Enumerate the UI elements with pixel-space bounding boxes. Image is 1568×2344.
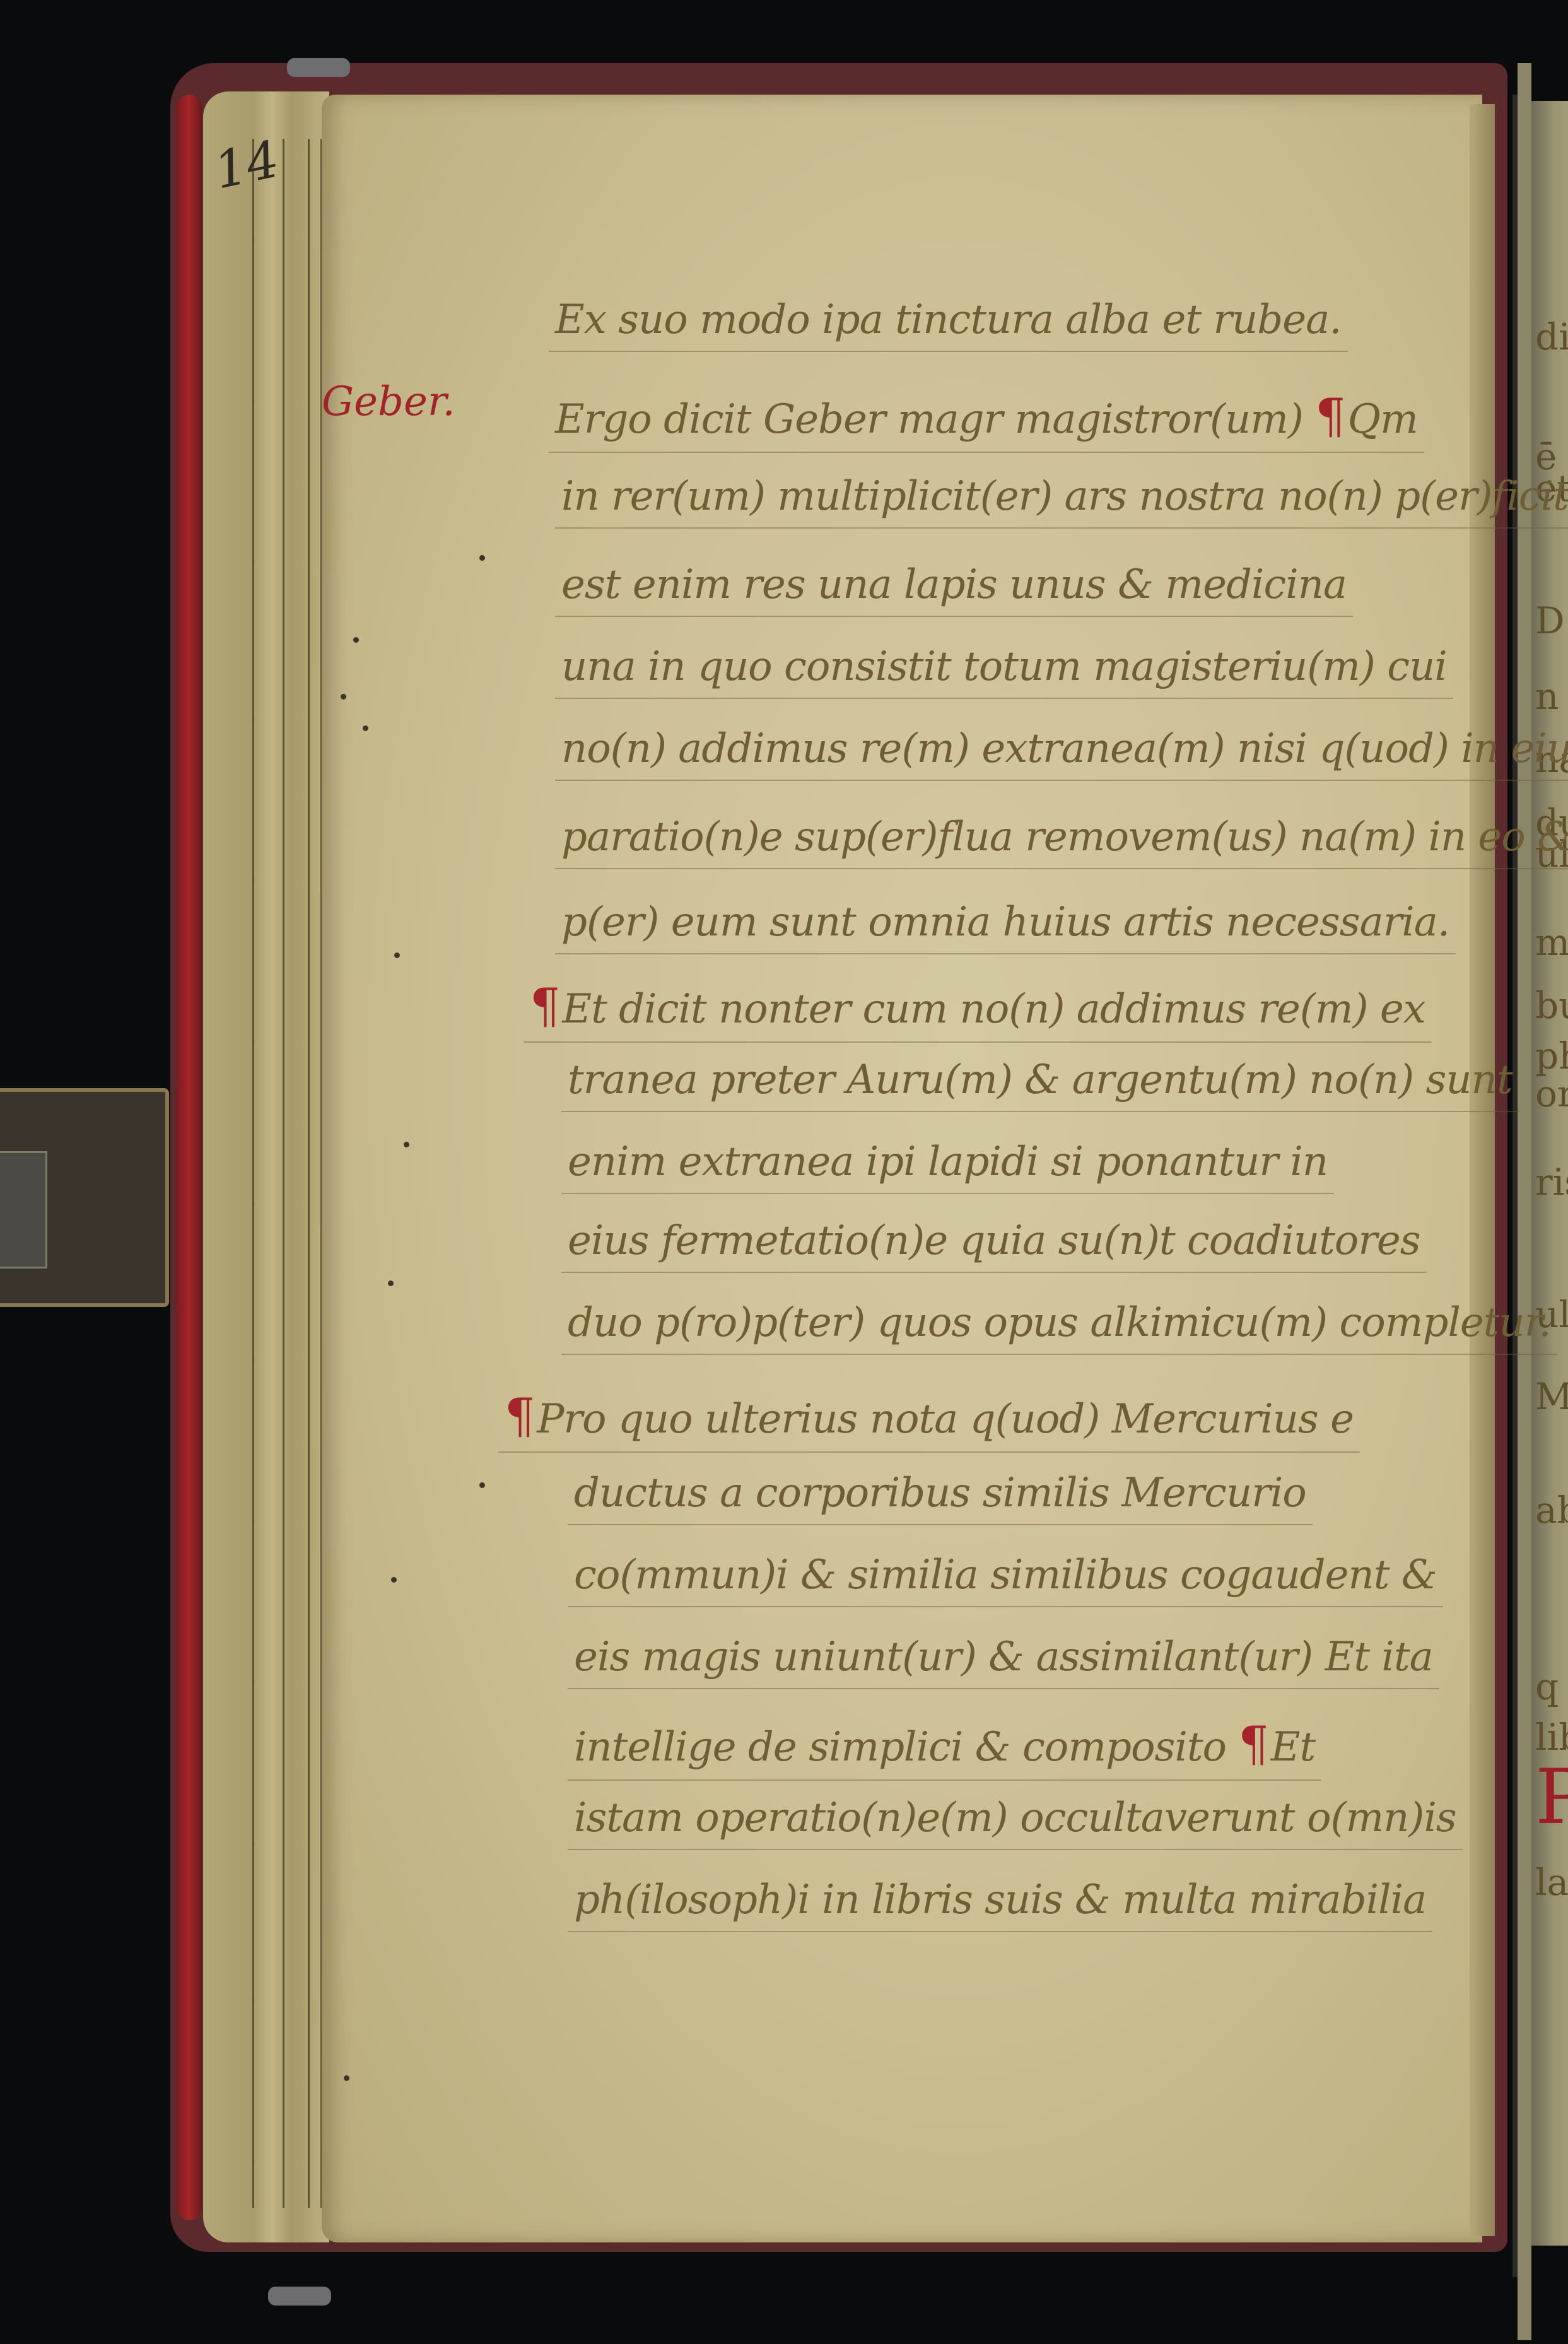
ink-speck xyxy=(391,1577,397,1583)
page-fore-edge xyxy=(1470,104,1495,2236)
line-text: Ex suo modo ipa tinctura alba et rubea. xyxy=(555,296,1342,343)
text-line: istam operatio(n)e(m) occultaverunt o(mn… xyxy=(574,1795,1456,1841)
clasp-metal-fitting xyxy=(0,1151,47,1269)
line-text: eius fermetatio(n)e quia su(n)t coadiuto… xyxy=(568,1217,1420,1264)
text-line: enim extranea ipi lapidi si ponantur in xyxy=(568,1139,1328,1185)
line-text: enim extranea ipi lapidi si ponantur in xyxy=(568,1139,1328,1185)
ink-speck xyxy=(344,2075,349,2081)
pilcrow-icon: ¶ xyxy=(1238,1716,1268,1772)
margin-rubric-geber: Geber. xyxy=(322,378,455,425)
line-text: ductus a corporibus similis Mercurio xyxy=(574,1470,1306,1516)
line-text: istam operatio(n)e(m) occultaverunt o(mn… xyxy=(574,1795,1456,1841)
line-text: tranea preter Auru(m) & argentu(m) no(n)… xyxy=(568,1057,1512,1103)
facing-fragment: lib xyxy=(1535,1716,1568,1759)
ink-speck xyxy=(363,725,368,731)
ink-speck xyxy=(353,637,359,643)
text-line: ¶Pro quo ulterius nota q(uod) Mercurius … xyxy=(505,1388,1354,1444)
line-text: est enim res una lapis unus & medicina xyxy=(561,561,1347,608)
text-line: co(mmun)i & similia similibus cogaudent … xyxy=(574,1552,1437,1598)
fold-line xyxy=(252,139,254,2208)
line-text: Pro quo ulterius nota q(uod) Mercurius e xyxy=(537,1396,1354,1443)
text-line: eis magis uniunt(ur) & assimilant(ur) Et… xyxy=(574,1634,1433,1680)
text-line: ¶Et dicit nonter cum no(n) addimus re(m)… xyxy=(530,978,1425,1034)
ink-speck xyxy=(341,694,346,700)
ink-speck xyxy=(388,1280,394,1286)
mount-strip xyxy=(1518,63,1531,2340)
line-text: eis magis uniunt(ur) & assimilant(ur) Et… xyxy=(574,1634,1433,1680)
text-line: eius fermetatio(n)e quia su(n)t coadiuto… xyxy=(568,1217,1420,1264)
line-text-trailing: Qm xyxy=(1348,396,1418,443)
facing-fragment: di xyxy=(1535,315,1568,358)
ink-speck xyxy=(479,555,485,561)
facing-red-initial: P xyxy=(1535,1754,1568,1841)
pilcrow-icon: ¶ xyxy=(530,978,559,1034)
line-text-trailing: Et xyxy=(1271,1724,1315,1771)
text-line: intellige de simplici & composito ¶Et xyxy=(574,1716,1315,1772)
text-line: Ex suo modo ipa tinctura alba et rubea. xyxy=(555,296,1342,343)
pilcrow-icon: ¶ xyxy=(505,1388,534,1444)
facing-fragment: m xyxy=(1535,921,1568,964)
metal-boss-bottom xyxy=(268,2287,331,2306)
facing-fragment: or xyxy=(1535,1072,1568,1115)
facing-fragment: lap xyxy=(1535,1861,1568,1904)
line-text: duo p(ro)p(ter) quos opus alkimicu(m) co… xyxy=(568,1299,1551,1346)
ink-speck xyxy=(404,1142,409,1147)
text-line: in rer(um) multiplicit(er) ars nostra no… xyxy=(561,473,1568,520)
line-text: no(n) addimus re(m) extranea(m) nisi q(u… xyxy=(561,725,1568,772)
text-line: ductus a corporibus similis Mercurio xyxy=(574,1470,1306,1516)
line-text: in rer(um) multiplicit(er) ars nostra no… xyxy=(561,473,1568,520)
red-binding-edge xyxy=(177,95,202,2220)
text-line: duo p(ro)p(ter) quos opus alkimicu(m) co… xyxy=(568,1299,1551,1346)
text-line: tranea preter Auru(m) & argentu(m) no(n)… xyxy=(568,1057,1512,1103)
text-line: Ergo dicit Geber magr magistror(um) ¶Qm xyxy=(555,388,1418,444)
metal-boss-top xyxy=(287,58,350,77)
page-gap xyxy=(1512,95,1518,2277)
line-text: co(mmun)i & similia similibus cogaudent … xyxy=(574,1552,1437,1598)
facing-fragment: ris xyxy=(1535,1161,1568,1204)
line-text: paratio(n)e sup(er)flua removem(us) na(m… xyxy=(561,814,1568,860)
facing-fragment: bu xyxy=(1535,984,1568,1027)
fold-line xyxy=(308,139,310,2208)
ink-speck xyxy=(479,1482,485,1488)
facing-fragment: M xyxy=(1535,1375,1568,1418)
ink-speck xyxy=(394,952,400,958)
line-text: ph(ilosoph)i in libris suis & multa mira… xyxy=(574,1877,1426,1923)
facing-fragment: ph xyxy=(1535,1034,1568,1077)
line-text: Ergo dicit Geber magr magistror(um) xyxy=(555,396,1303,443)
text-line: p(er) eum sunt omnia huius artis necessa… xyxy=(561,899,1449,946)
facing-fragment: ab xyxy=(1535,1489,1568,1532)
facing-page-sliver: di ē et D n na du ul m bu ph or ris ul M… xyxy=(1531,101,1568,2246)
text-line: una in quo consistit totum magisteriu(m)… xyxy=(561,643,1447,690)
pilcrow-icon: ¶ xyxy=(1315,388,1345,444)
facing-fragment: D xyxy=(1535,599,1565,642)
line-text: p(er) eum sunt omnia huius artis necessa… xyxy=(561,899,1449,946)
text-line: paratio(n)e sup(er)flua removem(us) na(m… xyxy=(561,814,1568,860)
facing-fragment: n xyxy=(1535,675,1559,718)
line-text: una in quo consistit totum magisteriu(m)… xyxy=(561,643,1447,690)
facing-fragment: q xyxy=(1535,1665,1559,1708)
fold-line xyxy=(283,139,284,2208)
text-line: est enim res una lapis unus & medicina xyxy=(561,561,1347,608)
page-gutter-stack xyxy=(203,91,329,2242)
line-text: intellige de simplici & composito xyxy=(574,1724,1226,1771)
line-text: Et dicit nonter cum no(n) addimus re(m) … xyxy=(562,986,1425,1033)
text-line: ph(ilosoph)i in libris suis & multa mira… xyxy=(574,1877,1426,1923)
text-line: no(n) addimus re(m) extranea(m) nisi q(u… xyxy=(561,725,1568,772)
